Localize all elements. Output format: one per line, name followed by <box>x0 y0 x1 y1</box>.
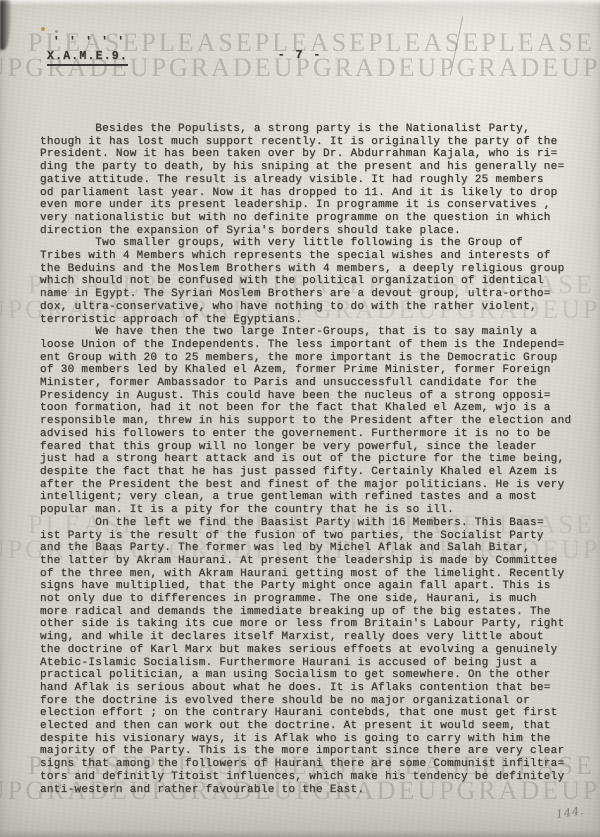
scan-top-edge <box>0 0 600 6</box>
document-code: X.A.M.E.9. <box>47 50 128 66</box>
handwritten-page-number: 144. <box>555 804 585 821</box>
overstrike-marks: ''''' <box>53 36 134 48</box>
paper-speck <box>41 27 45 31</box>
corner-smudge-mark <box>0 0 11 50</box>
watermark-word: UPGRADE <box>417 55 561 80</box>
watermark-word: PLEASE <box>141 30 254 55</box>
page-number: - 7 - <box>278 49 323 62</box>
paper-speck <box>55 30 58 33</box>
paragraph-baasist-party: On the left we find the Baasist Party wi… <box>40 517 588 796</box>
scanned-document-page: PLEASE PLEASE PLEASE PLEASE PLEASE UPGRA… <box>0 0 600 837</box>
watermark-word: PLEASE <box>481 30 594 55</box>
paragraph-nationalist-party: Besides the Populists, a strong party is… <box>40 123 588 237</box>
paper-crease <box>450 17 463 76</box>
paragraph-smaller-groups: Two smaller groups, with very little fol… <box>40 237 588 326</box>
document-body: Besides the Populists, a strong party is… <box>40 123 588 796</box>
watermark-word: PLEASE <box>368 30 481 55</box>
scan-bottom-edge <box>0 830 600 837</box>
watermark-word: UPGRADE <box>130 55 274 80</box>
paragraph-inter-groups: We have then the two large Inter-Groups,… <box>40 326 588 517</box>
watermark-word: UPGRADE <box>561 55 600 80</box>
